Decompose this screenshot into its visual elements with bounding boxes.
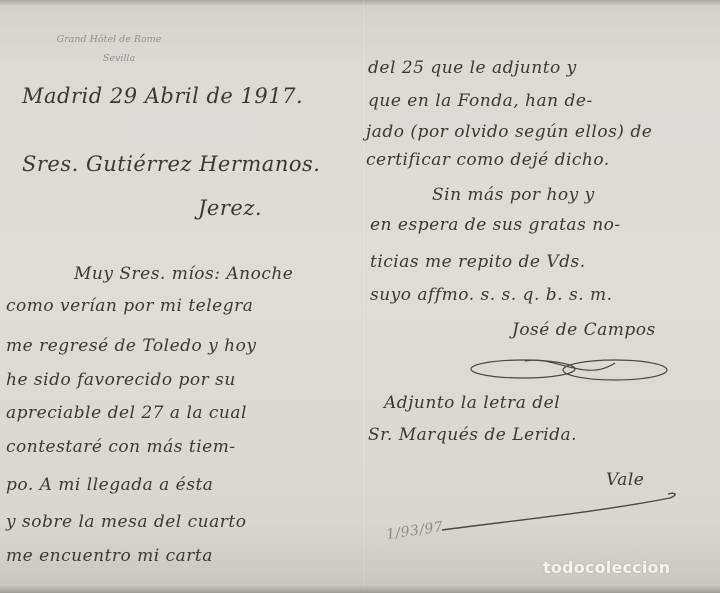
body-line: contestaré con más tiem-	[6, 437, 236, 457]
closing-line: suyo affmo. s. s. q. b. s. m.	[370, 285, 613, 305]
postscript-signature: Vale	[606, 470, 644, 490]
signature-underline	[438, 490, 683, 535]
letter-addressee-city: Jerez.	[198, 196, 262, 220]
letterhead-hotel-name: Grand Hôtel de Rome	[24, 30, 194, 49]
body-line: como verían por mi telegra	[6, 296, 253, 316]
letter-date: Madrid 29 Abril de 1917.	[22, 84, 303, 108]
body-line: certificar como dejé dicho.	[366, 150, 610, 170]
body-line: he sido favorecido por su	[6, 370, 236, 390]
letterhead-city: Sevilla	[24, 49, 194, 68]
postscript-line: Adjunto la letra del	[384, 393, 560, 413]
archive-note: 1/93/97	[385, 519, 444, 543]
body-line: po. A mi llegada a ésta	[6, 475, 213, 495]
body-line: me encuentro mi carta	[6, 546, 213, 566]
closing-line: ticias me repito de Vds.	[370, 252, 586, 272]
signature-flourish	[465, 355, 675, 385]
watermark: todocoleccion	[543, 558, 670, 577]
body-line: y sobre la mesa del cuarto	[6, 512, 246, 532]
letter-addressee: Sres. Gutiérrez Hermanos.	[22, 152, 320, 176]
letterhead: Grand Hôtel de Rome Sevilla	[24, 30, 194, 68]
body-line: del 25 que le adjunto y	[368, 58, 577, 78]
body-line: me regresé de Toledo y hoy	[6, 336, 256, 356]
closing-line: en espera de sus gratas no-	[370, 215, 621, 235]
postscript-line: Sr. Marqués de Lerida.	[368, 425, 577, 445]
body-line: jado (por olvido según ellos) de	[366, 122, 652, 142]
closing-line: Sin más por hoy y	[432, 185, 595, 205]
body-line: apreciable del 27 a la cual	[6, 403, 247, 423]
signature: José de Campos	[512, 320, 656, 340]
page-fold	[362, 0, 364, 593]
body-line: Muy Sres. míos: Anoche	[74, 264, 293, 284]
body-line: que en la Fonda, han de-	[368, 91, 593, 111]
letter-paper: Grand Hôtel de Rome Sevilla Madrid 29 Ab…	[0, 0, 720, 593]
